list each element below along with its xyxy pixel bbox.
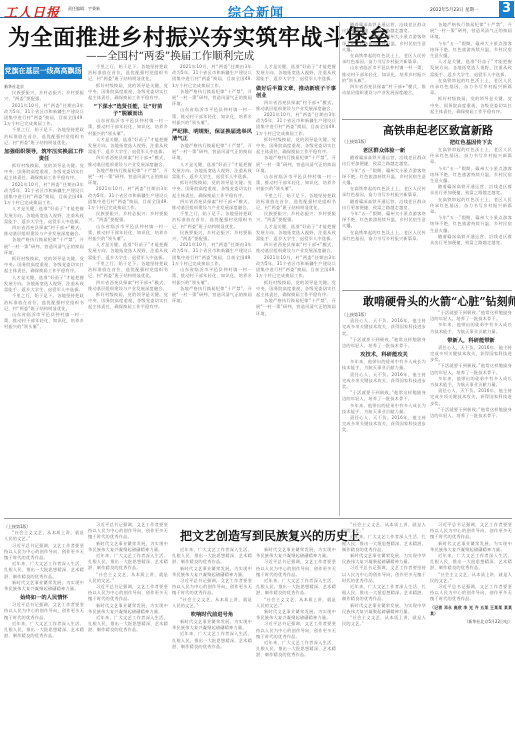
paragraph: 各地严格执行换届纪律“十严禁”，开展“一村一策”研判，营造风清气正的换届环境。 — [172, 286, 252, 305]
culture-column-3: 近年来，广大文艺工作者深入生活、扎根人民，推出一大批思想精深、艺术精湛、制作精良… — [172, 547, 252, 746]
paragraph: 今年“五一”假期，赣州大小景点游客络绎不绝，红色旅游持续升温，乡村民宿生意火爆。 — [342, 34, 426, 53]
paragraph: 新时代文艺事业繁荣发展，为实现中华民族伟大复兴凝聚起磅礴精神力量。 — [256, 547, 336, 559]
lead-subheadline: ——全国村“两委”换届工作顺利完成 — [86, 48, 254, 63]
right-top-column-1: 随着赣深高铁开通运营，沿线老区群众出行更加便捷，致富之路越走越宽。 今年“五一”… — [342, 22, 426, 117]
paragraph: 千里之行，始于足下。各地坚持把政治标准放在首位，选优配强村党组织书记，村“两委”… — [4, 293, 84, 312]
paragraph: 千里之行，始于足下。各地坚持把政治标准放在首位，选优配强村党组织书记，村“两委”… — [88, 261, 168, 280]
paragraph: 近年来，广大文艺工作者深入生活、扎根人民，推出一大批思想精深、艺术精湛、制作精良… — [4, 621, 84, 640]
subhead: “下深水”选贤任能，让“好苗子”脱颖而出 — [88, 104, 168, 118]
paragraph: 多年来，他带出的徒弟中有多人成长为技术能手，为航天事业贡献力量。 — [342, 403, 426, 415]
paragraph: 民族要振兴，乡村必振兴；乡村要振兴，“两委”要配强。 — [4, 90, 84, 102]
paragraph: 新时代文艺事业繁荣发展，为实现中华民族伟大复兴凝聚起磅礴精神力量。 — [256, 609, 336, 621]
rocket-headline[interactable]: 敢啃硬骨头的火箭“心脏”钻刻师 — [363, 293, 515, 309]
paragraph: 四川省西充县探索“村干部+”模式，推动基层组织建设与产业发展深度融合。 — [256, 242, 336, 254]
paragraph: 抓好村级换届，党的领导是关键。党中央、国务院高度重视，各级党委切实扛起主体责任，… — [88, 83, 168, 102]
railway-headline[interactable]: 高铁串起老区致富新路 — [383, 122, 493, 138]
paragraph: 习近平总书记强调，文艺工作者要坚持以人民为中心的创作导向，创作更多无愧于时代的优… — [4, 602, 84, 621]
paragraph: 今年“五一”假期，赣州大小景点游客络绎不绝，红色旅游持续升温，乡村民宿生意火爆。 — [430, 166, 512, 185]
railway-column-1: （上接第1版） 老区群众体验一新 随着赣深高铁开通运营，沿线老区群众出行更加便捷… — [342, 137, 426, 287]
paragraph: 人才是关键，选准“好苗子”才能把握发展方向。各地拓宽选人视野，注重从致富能手、返… — [4, 206, 84, 225]
paragraph: 人才是关键，选准“好苗子”才能把握发展方向。各地拓宽选人视野，注重从致富能手、返… — [4, 275, 84, 294]
paragraph: 新时代文艺事业繁荣发展，为实现中华民族伟大复兴凝聚起磅礴精神力量。 — [430, 541, 512, 553]
paragraph: “干活就要干到极致。”他常这样勉励身边的年轻人，培养了一批技术骨干。 — [430, 310, 512, 322]
paragraph: 在高铁串起的红色沃土上，老区人民传承红色基因，奋力书写乡村振兴新篇章。 — [342, 230, 426, 242]
paragraph: 随着赣深高铁开通运营，沿线老区群众出行更加便捷，致富之路越走越宽。 — [342, 155, 426, 167]
paragraph: 2021年10月，村“两委”任期由3年改为5年，31个省区市和新疆生产建设兵团集… — [88, 186, 168, 211]
reporter-credit: （记者 邓永 高欣 李 光 齐 五某 王某某 某某某） — [430, 605, 512, 617]
paragraph: 近年来，广大文艺工作者深入生活、扎根人民，推出一大批思想精深、艺术精湛、制作精良… — [172, 547, 252, 566]
paragraph: 各地严格执行换届纪律“十严禁”，开展“一村一策”研判，营造风清气正的换届环境。 — [88, 168, 168, 187]
paragraph: “社会主义文艺，从本质上讲，就是人民的文艺。” — [430, 572, 512, 584]
paragraph: 责任心人，天不负。2016年，他主持完成多项关键技术攻关，获得国家科技进步奖。 — [342, 415, 426, 434]
paragraph: 2021年10月，村“两委”任期由3年改为5年，31个省区市和新疆生产建设兵团集… — [256, 112, 336, 137]
paragraph: 近年来，广大文艺工作者深入生活、扎根人民，推出一大批思想精深、艺术精湛、制作精良… — [88, 553, 168, 572]
paragraph: 新时代文艺事业繁荣发展，为实现中华民族伟大复兴凝聚起磅礴精神力量。 — [4, 580, 84, 592]
culture-column-5: “社会主义文艺，从本质上讲，就是人民的文艺。” 近年来，广大文艺工作者深入生活、… — [342, 522, 426, 746]
paragraph: 人才是关键，选准“好苗子”才能把握发展方向。各地拓宽选人视野，注重从致富能手、返… — [256, 64, 336, 83]
paragraph: “社会主义文艺，从本质上讲，就是人民的文艺。” — [172, 597, 252, 609]
paragraph: 近年来，广大文艺工作者深入生活、扎根人民，推出一大批思想精深、艺术精湛、制作精良… — [172, 631, 252, 650]
subhead: 把红色基因传下去 — [430, 140, 512, 147]
paragraph: 山东省临沂市平邑县仲村镇一村一策，推动村干部年轻化、知识化，培养乡村振兴的“领头… — [256, 174, 336, 193]
newspaper-logo: 工人日报 — [4, 2, 60, 21]
subhead: 吹响时代前进号角 — [172, 612, 252, 619]
paragraph: 四川省西充县探索“村干部+”模式，推动基层组织建设与产业发展深度融合。 — [88, 280, 168, 292]
paragraph: 山东省临沂市平邑县仲村镇一村一策，推动村干部年轻化、知识化，培养乡村振兴的“领头… — [4, 312, 84, 331]
column-banner: 党旗在基层一线高高飘扬 — [4, 64, 82, 79]
paragraph: 抓好村级换届，党的领导是关键。党中央、国务院高度重视，各级党委切实扛起主体责任，… — [256, 137, 336, 156]
divider — [342, 290, 512, 291]
source-line: （新华社北京5月22日电） — [430, 619, 512, 625]
paragraph: 今年“五一”假期，赣州大小景点游客络绎不绝，红色旅游持续升温，乡村民宿生意火爆。 — [342, 168, 426, 187]
paragraph: 习近平总书记强调，文艺工作者要坚持以人民为中心的创作导向，创作更多无愧于时代的优… — [88, 584, 168, 603]
paragraph: 各地严格执行换届纪律“十严禁”，开展“一村一策”研判，营造风清气正的换届环境。 — [256, 155, 336, 174]
paragraph: 人才是关键，选准“好苗子”才能把握发展方向。各地拓宽选人视野，注重从致富能手、返… — [88, 242, 168, 261]
paragraph: 2021年10月，村“两委”任期由3年改为5年，31个省区市和新疆生产建设兵团集… — [256, 255, 336, 280]
paragraph: 四川省西充县探索“村干部+”模式，推动基层组织建设与产业发展深度融合。 — [256, 100, 336, 112]
paragraph: 近年来，广大文艺工作者深入生活、扎根人民，推出一大批思想精深、艺术精湛、制作精良… — [342, 534, 426, 553]
lead-story-column-4: 人才是关键，选准“好苗子”才能把握发展方向。各地拓宽选人视野，注重从致富能手、返… — [256, 64, 336, 514]
rocket-column-2: “干活就要干到极致。”他常这样勉励身边的年轻人，培养了一批技术骨干。 多年来，他… — [430, 310, 512, 515]
culture-headline[interactable]: 把文艺创造写到民族复兴的历史上 — [180, 527, 360, 544]
paragraph: 新时代文艺事业繁荣发展，为实现中华民族伟大复兴凝聚起磅礴精神力量。 — [88, 541, 168, 553]
paragraph: 习近平总书记强调，文艺工作者要坚持以人民为中心的创作导向，创作更多无愧于时代的优… — [256, 559, 336, 578]
paragraph: 多年来，他带出的徒弟中有多人成长为技术能手，为航天事业贡献力量。 — [430, 376, 512, 388]
culture-column-6: 习近平总书记强调，文艺工作者要坚持以人民为中心的创作导向，创作更多无愧于时代的优… — [430, 522, 512, 746]
paragraph: 在高铁串起的红色沃土上，老区人民传承红色基因，奋力书写乡村振兴新篇章。 — [430, 197, 512, 216]
paragraph: “社会主义文艺，从本质上讲，就是人民的文艺。” — [88, 572, 168, 584]
paragraph: 近年来，广大文艺工作者深入生活、扎根人民，推出一大批思想精深、艺术精湛、制作精良… — [430, 553, 512, 572]
paragraph: 在高铁串起的红色沃土上，老区人民传承红色基因，奋力书写乡村振兴新篇章。 — [430, 147, 512, 166]
divider — [4, 518, 512, 519]
paragraph: 今年“五一”假期，赣州大小景点游客络绎不绝，红色旅游持续升温，乡村民宿生意火爆。 — [430, 215, 512, 234]
paragraph: 抓好村级换届，党的领导是关键。党中央、国务院高度重视，各级党委切实扛起主体责任，… — [4, 163, 84, 182]
paragraph: 2021年10月，村“两委”任期由3年改为5年，31个省区市和新疆生产建设兵团集… — [172, 242, 252, 267]
paragraph: 近年来，广大文艺工作者深入生活、扎根人民，推出一大批思想精深、艺术精湛、制作精良… — [256, 640, 336, 659]
paragraph: 千里之行，始于足下。各地坚持把政治标准放在首位，选优配强村党组织书记，村“两委”… — [4, 127, 84, 146]
paragraph: 新时代文艺事业繁荣发展，为实现中华民族伟大复兴凝聚起磅礴精神力量。 — [172, 566, 252, 578]
paragraph: 各地严格执行换届纪律“十严禁”，开展“一村一策”研判，营造风清气正的换届环境。 — [172, 89, 252, 108]
section-title: 综合新闻 — [228, 2, 284, 21]
subhead: 做好后半篇文章，推动新班子干事创业 — [256, 86, 336, 100]
rocket-column-1: （上接第1版） 责任心人，天不负。2016年，他主持完成多项关键技术攻关，获得国… — [342, 310, 426, 515]
paragraph: 新时代文艺事业繁荣发展，为实现中华民族伟大复兴凝聚起磅礴精神力量。 — [172, 619, 252, 631]
paragraph: 责任心人，天不负。2016年，他主持完成多项关键技术攻关，获得国家科技进步奖。 — [342, 318, 426, 337]
paragraph: 2021年10月，村“两委”任期由3年改为5年，31个省区市和新疆生产建设兵团集… — [4, 103, 84, 128]
paragraph: 习近平总书记强调，文艺工作者要坚持以人民为中心的创作导向，创作更多无愧于时代的优… — [88, 522, 168, 541]
paragraph: 今年“五一”假期，赣州大小景点游客络绎不绝，红色旅游持续升温，乡村民宿生意火爆。 — [342, 211, 426, 230]
paragraph: 责任心人，天不负。2016年，他主持完成多项关键技术攻关，获得国家科技进步奖。 — [430, 388, 512, 407]
paragraph: 在高铁串起的红色沃土上，老区人民传承红色基因，奋力书写乡村振兴新篇章。 — [342, 53, 426, 65]
paragraph: 四川省西充县探索“村干部+”模式，推动基层组织建设与产业发展深度融合。 — [342, 84, 426, 96]
paragraph: 随着赣深高铁开通运营，沿线老区群众出行更加便捷，致富之路越走越宽。 — [430, 234, 512, 246]
paragraph: 习近平总书记强调，文艺工作者要坚持以人民为中心的创作导向，创作更多无愧于时代的优… — [4, 543, 84, 562]
paragraph: “干活就要干到极致。”他常这样勉励身边的年轻人，培养了一批技术骨干。 — [342, 390, 426, 402]
page-number-badge: 3 — [499, 1, 514, 17]
paragraph: 习近平总书记强调，文艺工作者要坚持以人民为中心的创作导向，创作更多无愧于时代的优… — [172, 578, 252, 597]
paragraph: 新时代文艺事业繁荣发展，为实现中华民族伟大复兴凝聚起磅礴精神力量。 — [342, 553, 426, 565]
paragraph: 山东省临沂市平邑县仲村镇一村一策，推动村干部年轻化、知识化，培养乡村振兴的“领头… — [88, 224, 168, 243]
paragraph: 习近平总书记强调，文艺工作者要坚持以人民为中心的创作导向，创作更多无愧于时代的优… — [342, 565, 426, 584]
paragraph: 千里之行，始于足下。各地坚持把政治标准放在首位，选优配强村党组织书记，村“两委”… — [172, 211, 252, 230]
paragraph: 习近平总书记强调，文艺工作者要坚持以人民为中心的创作导向，创作更多无愧于时代的优… — [430, 522, 512, 541]
paragraph: 人才是关键，选准“好苗子”才能把握发展方向。各地拓宽选人视野，注重从致富能手、返… — [256, 224, 336, 243]
paragraph: 各地严格执行换届纪律“十严禁”，开展“一村一策”研判，营造风清气正的换届环境。 — [430, 22, 512, 41]
paragraph: 四川省西充县探索“村干部+”模式，推动基层组织建设与产业发展深度融合。 — [172, 199, 252, 211]
paragraph: 新时代文艺事业繁荣发展，为实现中华民族伟大复兴凝聚起磅礴精神力量。 — [88, 603, 168, 615]
paragraph: 责任心人，天不负。2016年，他主持完成多项关键技术攻关，获得国家科技进步奖。 — [430, 345, 512, 364]
paragraph: 多年来，他带出的徒弟中有多人成长为技术能手，为航天事业贡献力量。 — [430, 322, 512, 334]
paragraph: 人才是关键，选准“好苗子”才能把握发展方向。各地拓宽选人视野，注重从致富能手、返… — [88, 137, 168, 156]
paragraph: “社会主义文艺，从本质上讲，就是人民的文艺。” — [342, 615, 426, 627]
paragraph: 抓好村级换届，党的领导是关键。党中央、国务院高度重视，各级党委切实扛起主体责任，… — [4, 256, 84, 275]
issue-date: 2022年5月23日 星期一 — [430, 7, 478, 13]
paragraph: 在高铁串起的红色沃土上，老区人民传承红色基因，奋力书写乡村振兴新篇章。 — [430, 78, 512, 97]
masthead: 工人日报 责任编辑：宇秉新 综合新闻 2022年5月23日 星期一 3 — [0, 0, 515, 18]
lead-story-column-1: 新华社北京 民族要振兴，乡村必振兴；乡村要振兴，“两委”要配强。 2021年10… — [4, 82, 84, 514]
paragraph: “社会主义文艺，从本质上讲，就是人民的文艺。” — [4, 530, 84, 542]
paragraph: 抓好村级换届，党的领导是关键。党中央、国务院高度重视，各级党委切实扛起主体责任，… — [88, 292, 168, 311]
divider — [342, 119, 512, 120]
paragraph: 山东省临沂市平邑县仲村镇一村一策，推动村干部年轻化、知识化，培养乡村振兴的“领头… — [172, 267, 252, 286]
paragraph: 近年来，广大文艺工作者深入生活、扎根人民，推出一大批思想精深、艺术精湛、制作精良… — [342, 584, 426, 603]
subhead: 带新人，科研能带新 — [430, 338, 512, 345]
paragraph: 随着赣深高铁开通运营，沿线老区群众出行更加便捷，致富之路越走越宽。 — [430, 184, 512, 196]
paragraph: 随着赣深高铁开通运营，沿线老区群众出行更加便捷，致富之路越走越宽。 — [342, 22, 426, 34]
paragraph: 人才是关键，选准“好苗子”才能把握发展方向。各地拓宽选人视野，注重从致富能手、返… — [430, 59, 512, 78]
paragraph: 抓好村级换届，党的领导是关键。党中央、国务院高度重视，各级党委切实扛起主体责任，… — [172, 180, 252, 199]
subhead: 严纪律、明规矩，保证换届选举风清气正 — [172, 129, 252, 143]
paragraph: 人才是关键，选准“好苗子”才能把握发展方向。各地拓宽选人视野，注重从致富能手、返… — [172, 162, 252, 181]
paragraph: 习近平总书记强调，文艺工作者要坚持以人民为中心的创作导向，创作更多无愧于时代的优… — [430, 584, 512, 603]
paragraph: 随着赣深高铁开通运营，沿线老区群众出行更加便捷，致富之路越走越宽。 — [342, 199, 426, 211]
column-rule — [339, 22, 340, 516]
paragraph: 四川省西充县探索“村干部+”模式，推动基层组织建设与产业发展深度融合。 — [4, 225, 84, 237]
paragraph: 2021年10月，村“两委”任期由3年改为5年，31个省区市和新疆生产建设兵团集… — [4, 182, 84, 207]
paragraph: 近年来，广大文艺工作者深入生活、扎根人民，推出一大批思想精深、艺术精湛、制作精良… — [256, 578, 336, 597]
paragraph: “干活就要干到极致。”他常这样勉励身边的年轻人，培养了一批技术骨干。 — [430, 407, 512, 419]
culture-column-1: （上接第1版） “社会主义文艺，从本质上讲，就是人民的文艺。” 习近平总书记强调… — [4, 522, 84, 746]
paragraph: 习近平总书记强调，文艺工作者要坚持以人民为中心的创作导向，创作更多无愧于时代的优… — [256, 621, 336, 640]
paragraph: 抓好村级换届，党的领导是关键。党中央、国务院高度重视，各级党委切实扛起主体责任，… — [256, 280, 336, 299]
paragraph: 今年“五一”假期，赣州大小景点游客络绎不绝，红色旅游持续升温，乡村民宿生意火爆。 — [430, 41, 512, 60]
editor-credit: 责任编辑：宇秉新 — [68, 6, 100, 12]
paragraph: “社会主义文艺，从本质上讲，就是人民的文艺。” — [342, 522, 426, 534]
subhead: 加强组织领导，筑牢压实换届工作责任 — [4, 149, 84, 163]
paragraph: 民族要振兴，乡村必振兴；乡村要振兴，“两委”要配强。 — [256, 211, 336, 223]
paragraph: 2021年10月，村“两委”任期由3年改为5年，31个省区市和新疆生产建设兵团集… — [172, 64, 252, 89]
culture-column-2: 习近平总书记强调，文艺工作者要坚持以人民为中心的创作导向，创作更多无愧于时代的优… — [88, 522, 168, 746]
lead-story-column-3: 2021年10月，村“两委”任期由3年改为5年，31个省区市和新疆生产建设兵团集… — [172, 64, 252, 514]
paragraph: 近年来，广大文艺工作者深入生活、扎根人民，推出一大批思想精深、艺术精湛、制作精良… — [88, 615, 168, 634]
paragraph: 四川省西充县探索“村干部+”模式，推动基层组织建设与产业发展深度融合。 — [88, 155, 168, 167]
paragraph: “干活就要干到极致。”他常这样勉励身边的年轻人，培养了一批技术骨干。 — [342, 337, 426, 349]
paragraph: “干活就要干到极致。”他常这样勉励身边的年轻人，培养了一批技术骨干。 — [430, 363, 512, 375]
paragraph: 千里之行，始于足下。各地坚持把政治标准放在首位，选优配强村党组织书记，村“两委”… — [256, 193, 336, 212]
lead-story-column-2: 千里之行，始于足下。各地坚持把政治标准放在首位，选优配强村党组织书记，村“两委”… — [88, 64, 168, 514]
paragraph: 在高铁串起的红色沃土上，老区人民传承红色基因，奋力书写乡村振兴新篇章。 — [342, 186, 426, 198]
railway-column-2: 把红色基因传下去 在高铁串起的红色沃土上，老区人民传承红色基因，奋力书写乡村振兴… — [430, 137, 512, 287]
paragraph: 民族要振兴，乡村必振兴；乡村要振兴，“两委”要配强。 — [172, 230, 252, 242]
paragraph: “社会主义文艺，从本质上讲，就是人民的文艺。” — [256, 597, 336, 609]
culture-column-4: 新时代文艺事业繁荣发展，为实现中华民族伟大复兴凝聚起磅礴精神力量。 习近平总书记… — [256, 547, 336, 746]
paragraph: 山东省临沂市平邑县仲村镇一村一策，推动村干部年轻化、知识化，培养乡村振兴的“领头… — [172, 107, 252, 126]
right-top-column-2: 各地严格执行换届纪律“十严禁”，开展“一村一策”研判，营造风清气正的换届环境。 … — [430, 22, 512, 117]
paragraph: 各地严格执行换届纪律“十严禁”，开展“一村一策”研判，营造风清气正的换届环境。 — [256, 298, 336, 317]
byline: （上接第1版） — [342, 139, 426, 145]
paragraph: 各地严格执行换届纪律“十严禁”，开展“一村一策”研判，营造风清气正的换届环境。 — [172, 143, 252, 162]
paragraph: 责任心人，天不负。2016年，他主持完成多项关键技术攻关，获得国家科技进步奖。 — [342, 372, 426, 391]
paragraph: 各地严格执行换届纪律“十严禁”，开展“一村一策”研判，营造风清气正的换届环境。 — [4, 237, 84, 256]
paragraph: 近年来，广大文艺工作者深入生活、扎根人民，推出一大批思想精深、艺术精湛、制作精良… — [4, 561, 84, 580]
paragraph: 民族要振兴，乡村必振兴；乡村要振兴，“两委”要配强。 — [88, 211, 168, 223]
paragraph: 山东省临沂市平邑县仲村镇一村一策，推动村干部年轻化、知识化，培养乡村振兴的“领头… — [88, 118, 168, 137]
paragraph: 山东省临沂市平邑县仲村镇一村一策，推动村干部年轻化、知识化，培养乡村振兴的“领头… — [342, 65, 426, 84]
paragraph: 千里之行，始于足下。各地坚持把政治标准放在首位，选优配强村党组织书记，村“两委”… — [88, 64, 168, 83]
paragraph: 抓好村级换届，党的领导是关键。党中央、国务院高度重视，各级党委切实扛起主体责任，… — [430, 96, 512, 115]
paragraph: 多年来，他带出的徒弟中有多人成长为技术能手，为航天事业贡献力量。 — [342, 359, 426, 371]
paragraph: 新时代文艺事业繁荣发展，为实现中华民族伟大复兴凝聚起磅礴精神力量。 — [342, 603, 426, 615]
